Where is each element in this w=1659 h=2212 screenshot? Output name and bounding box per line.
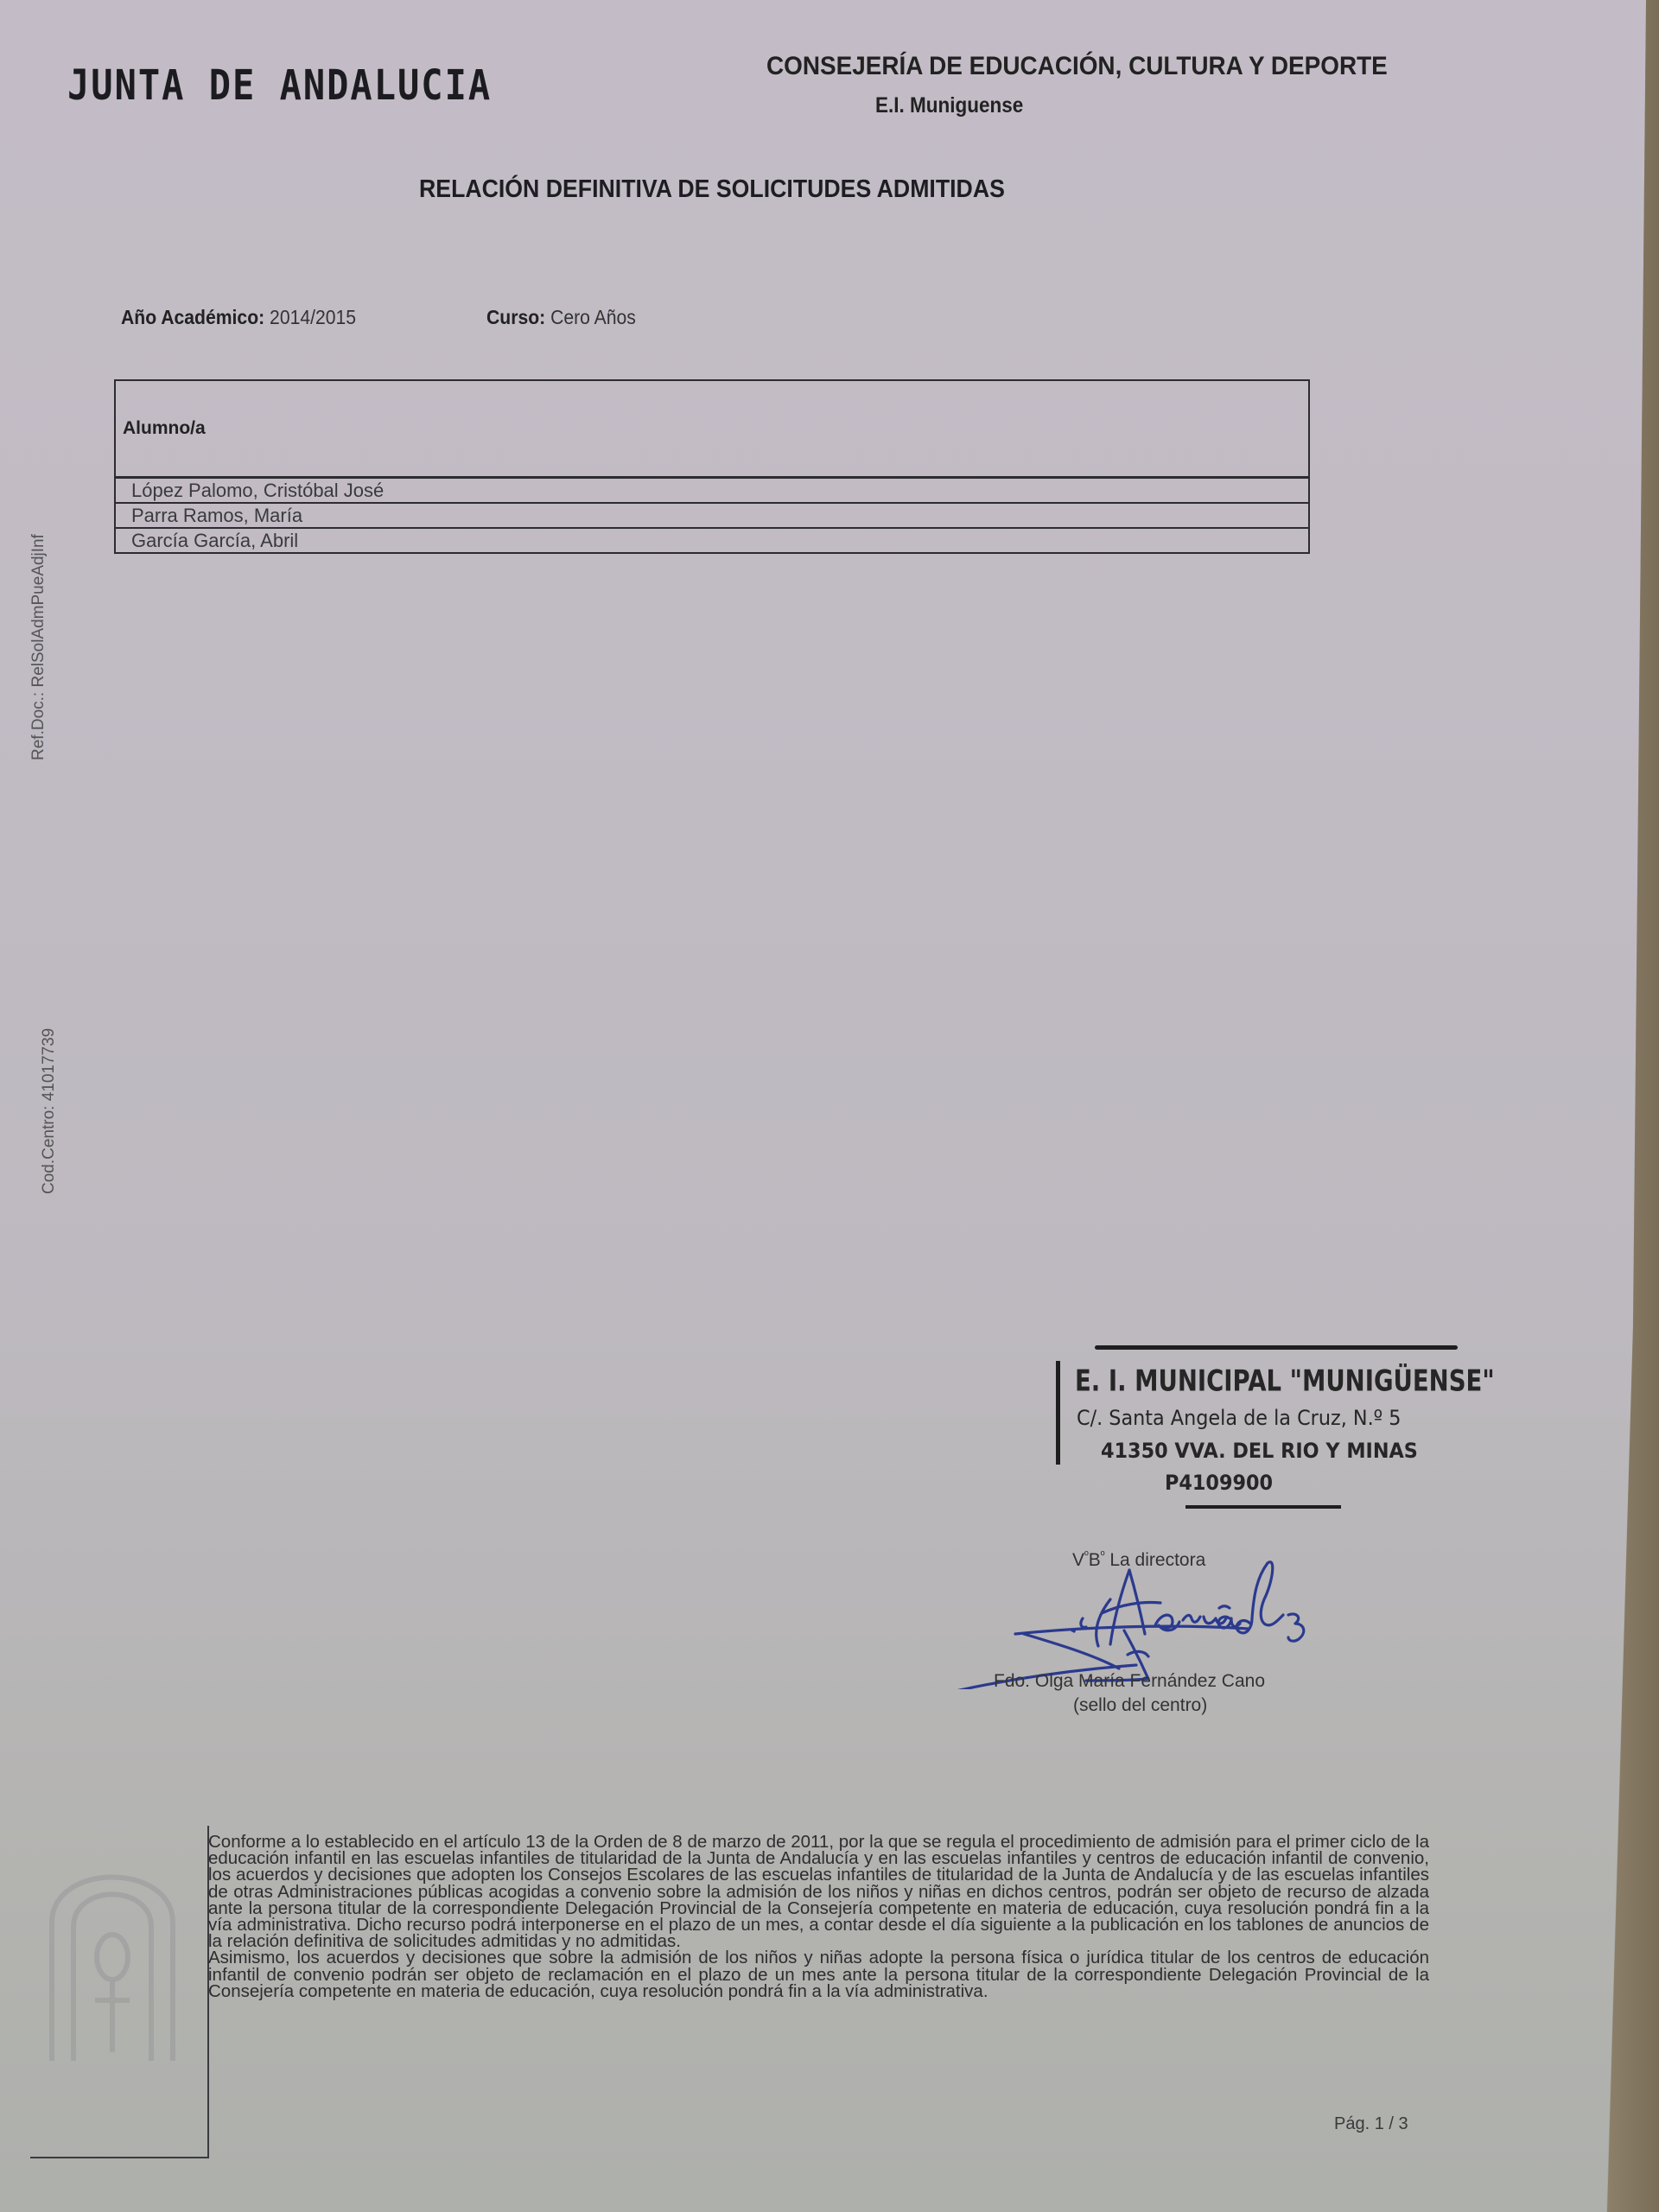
stamp-code: P4109900 [1165,1471,1273,1495]
admitted-students-table: Alumno/a López Palomo, Cristóbal José Pa… [114,379,1310,554]
academic-year-value: 2014/2015 [270,306,356,328]
center-code: Cod.Centro: 41017739 [40,1028,59,1194]
course-value: Cero Años [550,306,636,328]
signer-name: Fdo: Olga María Fernández Cano [994,1671,1265,1692]
school-stamp: E. I. MUNICIPAL "MUNIGÜENSE" C/. Santa A… [1056,1344,1466,1516]
stamp-street: C/. Santa Angela de la Cruz, N.º 5 [1077,1406,1401,1430]
stamp-bottom-rule [1185,1505,1341,1509]
legal-frame [30,1826,209,2158]
table-row: García García, Abril [115,528,1309,553]
table-header-row: Alumno/a [115,380,1309,478]
academic-year: Año Académico: 2014/2015 [121,306,356,329]
stamp-left-rule [1056,1361,1060,1465]
document-title: RELACIÓN DEFINITIVA DE SOLICITUDES ADMIT… [419,175,1005,204]
course-label: Curso: [486,306,545,328]
legal-paragraph: Asimismo, los acuerdos y decisiones que … [208,1949,1429,1999]
student-name: Parra Ramos, María [115,503,1309,528]
department-heading: CONSEJERÍA DE EDUCACIÓN, CULTURA Y DEPOR… [766,52,1388,81]
stamp-top-rule [1095,1345,1458,1350]
center-name: E.I. Muniguense [875,93,1023,118]
table-row: López Palomo, Cristóbal José [115,478,1309,504]
legal-notice: Conforme a lo establecido en el artículo… [208,1834,1429,1999]
academic-year-label: Año Académico: [121,306,264,328]
student-name: García García, Abril [115,528,1309,553]
page-number: Pág. 1 / 3 [1334,2114,1408,2134]
course: Curso: Cero Años [486,306,636,329]
document-reference: Ref.Doc.: RelSolAdmPueAdjInf [29,534,48,760]
legal-paragraph: Conforme a lo establecido en el artículo… [208,1834,1429,1949]
student-name: López Palomo, Cristóbal José [115,478,1309,504]
seal-note: (sello del centro) [1073,1695,1207,1716]
table-row: Parra Ramos, María [115,503,1309,528]
stamp-city: 41350 VVA. DEL RIO Y MINAS [1101,1439,1418,1463]
handwritten-signature-icon [929,1551,1361,1689]
column-header-student: Alumno/a [115,380,1309,478]
stamp-school-name: E. I. MUNICIPAL "MUNIGÜENSE" [1075,1363,1495,1398]
junta-logo-text: JUNTA DE ANDALUCIA [67,60,492,109]
